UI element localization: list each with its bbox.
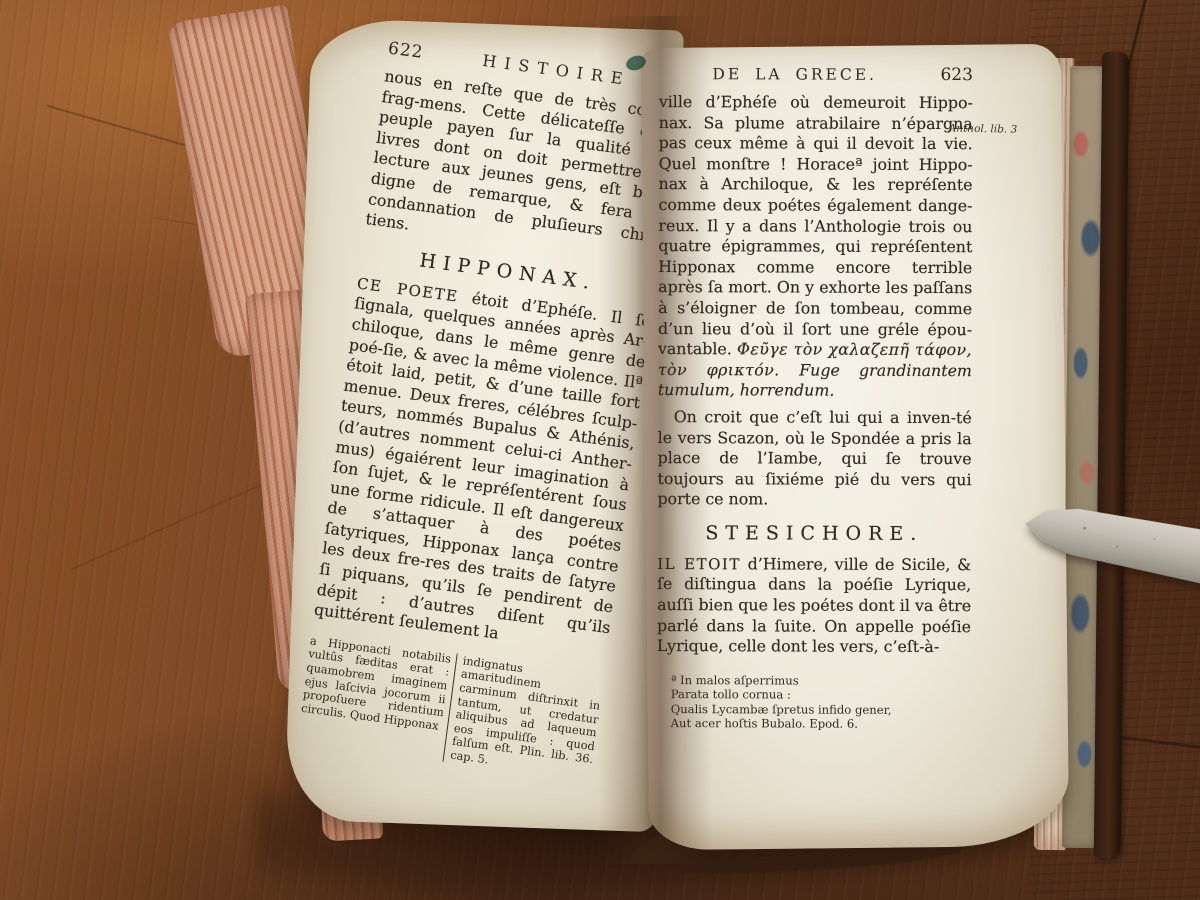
margin-note: Anthol. lib. 3 [949,122,1027,136]
left-page: 622 HISTOIRE nous en reſte que de très c… [284,18,684,832]
right-running-head: DE LA GRECE. 623 [659,64,973,85]
page-number-left: 622 [387,38,425,62]
right-paragraph-1: ville d’Ephéſe où demeuroit Hippo-nax. S… [658,92,973,402]
right-footnote: ª In malos aſperrimus Parata tollo cornu… [657,673,971,732]
footnote-column-1: a Hipponacti notabilis vultûs fæditas er… [297,634,457,761]
left-page-text: 622 HISTOIRE nous en reſte que de très c… [297,38,683,780]
paragraph-body: étoit d’Ephéſe. Il ſe ſignala, quelques … [313,287,652,643]
photo-of-open-book: 622 HISTOIRE nous en reſte que de très c… [0,0,1200,900]
right-paragraph-3: IL ETOIT d’Himere, ville de Sicile, & ſe… [657,554,971,658]
left-paragraph-2: CE POETE étoit d’Ephéſe. Il ſe ſignala, … [313,273,652,659]
left-paragraph-1: nous en reſte que de très courts frag-me… [364,66,679,268]
left-footnote: a Hipponacti notabilis vultûs fæditas er… [297,634,605,780]
running-title-right: DE LA GRECE. [659,65,931,84]
right-page-text: DE LA GRECE. 623 ville d’Ephéſe où demeu… [657,64,973,732]
paragraph-lead: IL ETOIT [657,555,741,573]
page-number-right: 623 [940,65,973,85]
right-paragraph-2: On croit que c’eſt lui qui a inven-té le… [657,407,971,511]
section-heading-stesichore: STESICHORE. [657,522,971,545]
paragraph-body: ville d’Ephéſe où demeuroit Hippo-nax. S… [658,92,973,358]
footnote-column-2: indignatus amaritudinem carminum diſtrin… [443,653,605,780]
right-page: DE LA GRECE. 623 ville d’Ephéſe où demeu… [641,44,1069,850]
